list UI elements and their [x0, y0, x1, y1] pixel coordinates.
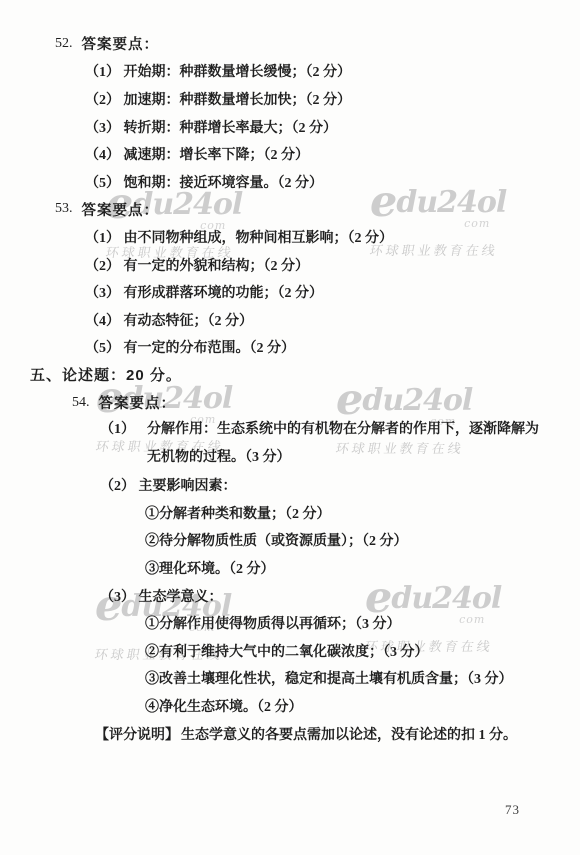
answer-subitem: ①分解者种类和数量；（2 分）	[0, 499, 580, 527]
answer-points-label: 答案要点：	[99, 392, 177, 413]
answer-item: （3） 转折期：种群增长率最大；（2 分）	[0, 113, 580, 141]
section-54-heading: 54.答案要点：	[0, 389, 580, 417]
document-page: edu24olcom 环球职业教育在线 edu24olcom 环球职业教育在线 …	[0, 0, 580, 855]
answer-points-label: 答案要点：	[82, 199, 160, 220]
answer-item: （4） 减速期：增长率下降；（2 分）	[0, 140, 580, 168]
answer-item: （1） 开始期：种群数量增长缓慢；（2 分）	[0, 58, 580, 86]
question-number: 53.	[55, 201, 73, 217]
answer-item: （3） 生态学意义：	[0, 582, 580, 610]
answer-item: （5） 有一定的分布范围。（2 分）	[0, 334, 580, 362]
grading-note-label: 【评分说明】	[95, 724, 179, 744]
answer-subitem: ②待分解物质性质（或资源质量）；（2 分）	[0, 527, 580, 555]
answer-item: （2） 主要影响因素：	[0, 472, 580, 500]
essay-section-label: 五、论述题：20 分。	[30, 364, 182, 385]
answer-subitem: ②有利于维持大气中的二氧化碳浓度；（3 分）	[0, 637, 580, 665]
answer-item-wrapped: （1）分解作用：生态系统中的有机物在分解者的作用下，逐渐降解为无机物的过程。（3…	[0, 416, 580, 471]
section-53-heading: 53.答案要点：	[0, 196, 580, 224]
answer-item: （2） 加速期：种群数量增长加快；（2 分）	[0, 85, 580, 113]
answer-item: （3） 有形成群落环境的功能；（2 分）	[0, 278, 580, 306]
page-number: 73	[505, 802, 520, 818]
question-number: 52.	[55, 36, 73, 52]
item-marker: （1）	[100, 416, 147, 444]
answer-item: （4） 有动态特征；（2 分）	[0, 306, 580, 334]
answer-item: （2） 有一定的外貌和结构；（2 分）	[0, 251, 580, 279]
answer-points-label: 答案要点：	[82, 33, 160, 54]
answer-subitem: ③改善土壤理化性状，稳定和提高土壤有机质含量；（3 分）	[0, 665, 580, 693]
answer-key-content: 52.答案要点： （1） 开始期：种群数量增长缓慢；（2 分） （2） 加速期：…	[0, 30, 580, 747]
answer-item: （1） 由不同物种组成，物种间相互影响；（2 分）	[0, 223, 580, 251]
answer-subitem: ④净化生态环境。（2 分）	[0, 692, 580, 720]
section-52-heading: 52.答案要点：	[0, 30, 580, 58]
part-5-heading: 五、论述题：20 分。	[0, 361, 580, 389]
item-text: 分解作用：生态系统中的有机物在分解者的作用下，逐渐降解为无机物的过程。（3 分）	[147, 416, 549, 471]
answer-subitem: ③理化环境。（2 分）	[0, 554, 580, 582]
grading-note: 【评分说明】生态学意义的各要点需加以论述，没有论述的扣 1 分。	[0, 720, 580, 748]
grading-note-text: 生态学意义的各要点需加以论述，没有论述的扣 1 分。	[181, 724, 517, 744]
answer-item: （5） 饱和期：接近环境容量。（2 分）	[0, 168, 580, 196]
question-number: 54.	[72, 395, 90, 411]
answer-subitem: ①分解作用使得物质得以再循环；（3 分）	[0, 609, 580, 637]
